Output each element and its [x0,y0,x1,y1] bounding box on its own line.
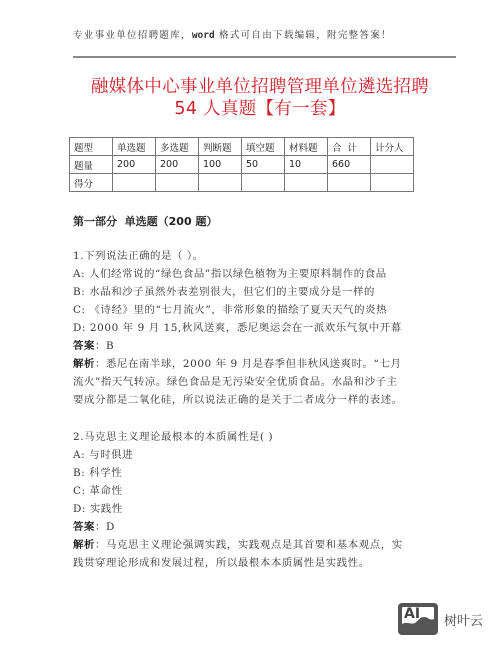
table-cell: 判断题 [199,138,242,156]
title-line-1: 融媒体中心事业单位招聘管理单位遴选招聘 [60,76,460,98]
brand-name: 树叶云 [444,610,483,629]
question-2-option-b: B: 科学性 [73,464,122,482]
question-2-analysis-line-1: 解析：马克思主义理论强调实践，实践观点是其首要和基本观点，实 [73,536,403,554]
header-divider [73,56,456,58]
table-cell: 合 计 [328,138,371,156]
answer-label: 答案 [73,521,95,533]
table-cell: 200 [113,156,156,174]
answer-label: 答案 [73,340,95,352]
question-1-analysis-line-2: 流火”指天气转凉。绿色食品是无污染安全优质食品。水晶和沙子主 [73,373,398,391]
table-cell: 50 [242,156,285,174]
ai-logo-icon: AI [398,603,438,635]
table-row: 题型 单选题 多选题 判断题 填空题 材料题 合 计 计分人 [70,138,414,156]
answer-value: ：D [95,521,115,533]
header-note-post: 格式可自由下载编辑，附完整答案！ [215,30,392,41]
table-cell: 660 [328,156,371,174]
table-cell: 得分 [70,174,113,192]
header-note-word: word [192,30,215,41]
table-cell: 计分人 [371,138,414,156]
table-cell: 单选题 [113,138,156,156]
table-cell: 10 [285,156,328,174]
table-cell [199,174,242,192]
table-cell: 100 [199,156,242,174]
analysis-text: ：马克思主义理论强调实践，实践观点是其首要和基本观点，实 [95,539,403,551]
score-table: 题型 单选题 多选题 判断题 填空题 材料题 合 计 计分人 题量 200 20… [69,137,414,192]
table-cell: 题型 [70,138,113,156]
question-2-stem: 2.马克思主义理论最根本的本质属性是( ) [73,428,273,446]
question-2-option-a: A: 与时俱进 [73,446,133,464]
question-1-option-c: C: 《诗经》里的“七月流火”，非常形象的描绘了夏天天气的炎热 [73,301,387,319]
question-2-answer: 答案：D [73,518,115,536]
answer-value: ：B [95,340,114,352]
table-cell: 题量 [70,156,113,174]
question-1-option-b: B: 水晶和沙子虽然外表差别很大，但它们的主要成分是一样的 [73,283,375,301]
analysis-label: 解析 [73,358,95,370]
question-1-analysis-line-1: 解析：悉尼在南半球，2000 年 9 月是春季但非秋风送爽时。“七月 [73,355,401,373]
table-cell: 填空题 [242,138,285,156]
table-cell [156,174,199,192]
table-cell: 200 [156,156,199,174]
mountain-icon [402,607,434,630]
table-cell [285,174,328,192]
table-row: 题量 200 200 100 50 10 660 [70,156,414,174]
title-line-2: 54 人真题【有一套】 [60,98,460,120]
analysis-label: 解析 [73,539,95,551]
question-2-analysis-line-2: 践贯穿理论形成和发展过程，所以最根本本质属性是实践性。 [73,554,370,572]
question-1-option-a: A: 人们经常说的“绿色食品”指以绿色植物为主要原料制作的食品 [73,265,387,283]
table-cell: 多选题 [156,138,199,156]
question-1-stem: 1.下列说法正确的是（ ）。 [73,247,204,265]
header-note: 专业事业单位招聘题库，word 格式可自由下载编辑，附完整答案！ [73,27,392,41]
table-cell [371,174,414,192]
document-title: 融媒体中心事业单位招聘管理单位遴选招聘 54 人真题【有一套】 [60,76,460,120]
question-1-answer: 答案：B [73,337,114,355]
header-note-pre: 专业事业单位招聘题库， [73,30,192,41]
question-1-option-d: D: 2000 年 9 月 15,秋风送爽，悉尼奥运会在一派欢乐气氛中开幕 [73,319,402,337]
question-2-option-d: D: 实践性 [73,500,123,518]
table-cell [328,174,371,192]
table-cell [242,174,285,192]
section-title: 第一部分 单选题（200 题） [73,213,217,229]
analysis-text: ：悉尼在南半球，2000 年 9 月是春季但非秋风送爽时。“七月 [95,358,401,370]
table-cell [113,174,156,192]
table-cell: 材料题 [285,138,328,156]
question-1-analysis-line-3: 要成分都是二氧化硅，所以说法正确的是关于二者成分一样的表述。 [73,391,403,409]
table-cell [371,156,414,174]
table-row: 得分 [70,174,414,192]
question-2-option-c: C: 革命性 [73,482,123,500]
